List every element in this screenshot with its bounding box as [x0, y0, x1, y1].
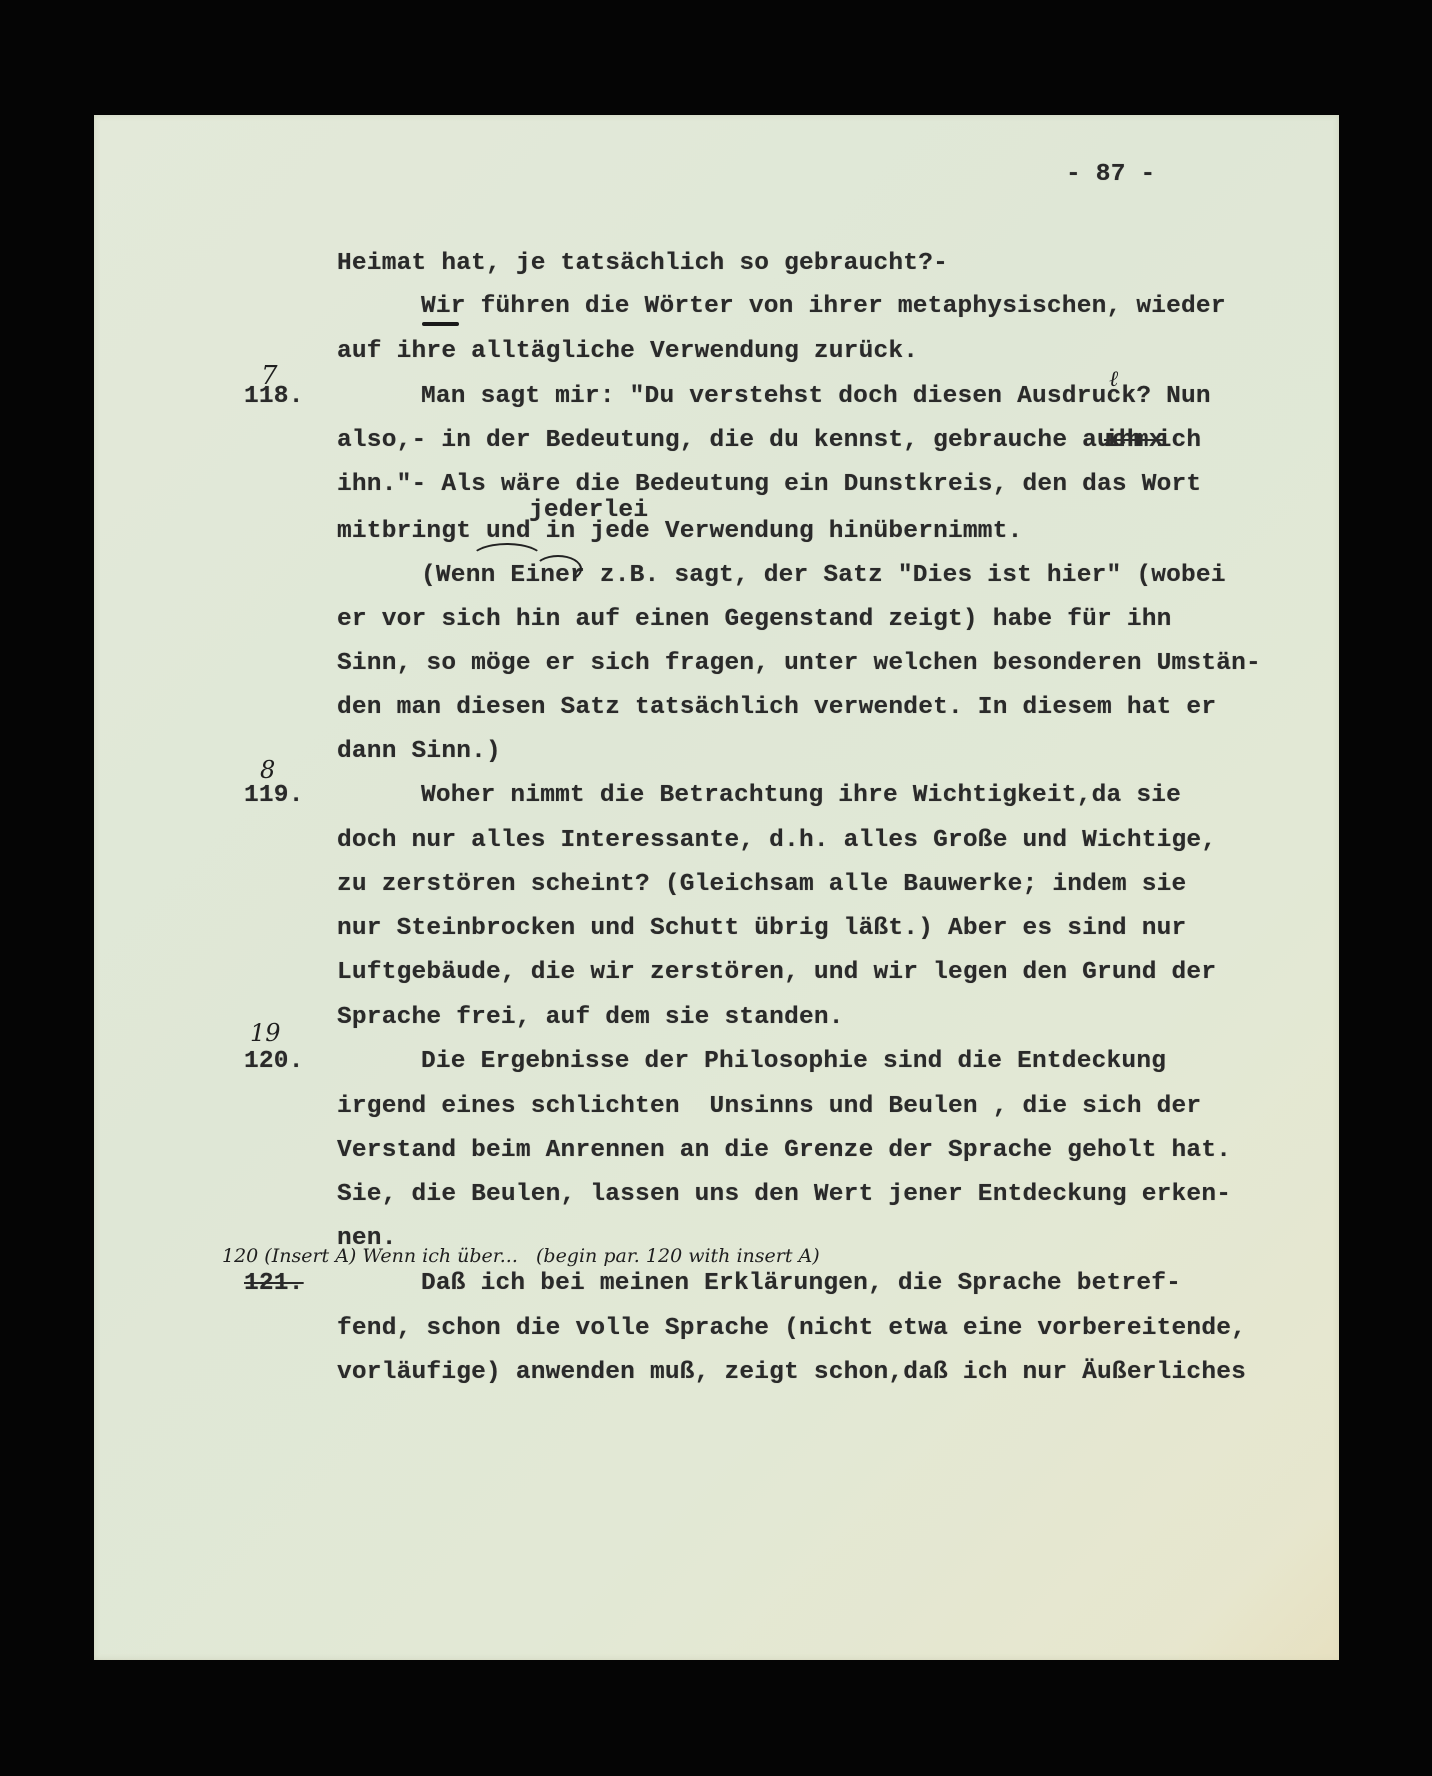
handwritten-renumber-117: 7 [261, 363, 278, 389]
handwritten-insert-annotation: 120 (Insert A) Wenn ich über... (begin p… [222, 1247, 820, 1266]
handwritten-underline [422, 322, 459, 326]
text-line: Sie, die Beulen, lassen uns den Wert jen… [337, 1183, 1231, 1208]
section-number-120: 120. [244, 1050, 304, 1075]
text-line: doch nur alles Interessante, d.h. alles … [337, 829, 1216, 854]
text-line: ihn."- Als wäre die Bedeutung ein Dunstk… [337, 473, 1201, 498]
text-line: Man sagt mir: "Du verstehst doch diesen … [421, 385, 1211, 410]
text-line: dann Sinn.) [337, 740, 501, 765]
text-line: mitbringt und in jede Verwendung hinüber… [337, 520, 1023, 545]
document-page: - 87 - Heimat hat, je tatsächlich so geb… [94, 115, 1339, 1660]
text-line: auf ihre alltägliche Verwendung zurück. [337, 340, 918, 365]
section-number-119: 119. [244, 784, 304, 809]
handwritten-renumber-118: 8 [260, 758, 275, 782]
handwritten-renumber-119: 19 [250, 1021, 281, 1045]
text-line: Sinn, so möge er sich fragen, unter welc… [337, 652, 1261, 677]
text-line: Wir führen die Wörter von ihrer metaphys… [421, 295, 1226, 320]
text-line: Heimat hat, je tatsächlich so gebraucht?… [337, 252, 948, 277]
page-number: - 87 - [1066, 163, 1155, 188]
text-line: Daß ich bei meinen Erklärungen, die Spra… [421, 1272, 1181, 1297]
text-line: Die Ergebnisse der Philosophie sind die … [421, 1050, 1166, 1075]
text-line: irgend eines schlichten Unsinns und Beul… [337, 1095, 1201, 1120]
text-line: vorläufige) anwenden muß, zeigt schon,da… [337, 1361, 1246, 1386]
text-line: Sprache frei, auf dem sie standen. [337, 1006, 844, 1031]
handwritten-transposition-arc [534, 555, 582, 583]
text-line: er vor sich hin auf einen Gegenstand zei… [337, 608, 1172, 633]
text-line: zu zerstören scheint? (Gleichsam alle Ba… [337, 873, 1186, 898]
text-line: Luftgebäude, die wir zerstören, und wir … [337, 961, 1216, 986]
text-line: den man diesen Satz tatsächlich verwende… [337, 696, 1216, 721]
text-line: Woher nimmt die Betrachtung ihre Wichtig… [421, 784, 1181, 809]
text-line: Verstand beim Anrennen an die Grenze der… [337, 1139, 1231, 1164]
section-number-121: 121. [244, 1272, 304, 1297]
text-line: nur Steinbrocken und Schutt übrig läßt.)… [337, 917, 1186, 942]
text-line: also,- in der Bedeutung, die du kennst, … [337, 429, 1216, 454]
handwritten-insert-mark: ℓ [1109, 369, 1118, 391]
text-line: fend, schon die volle Sprache (nicht etw… [337, 1317, 1246, 1342]
struck-word: ihmx [1104, 429, 1164, 454]
